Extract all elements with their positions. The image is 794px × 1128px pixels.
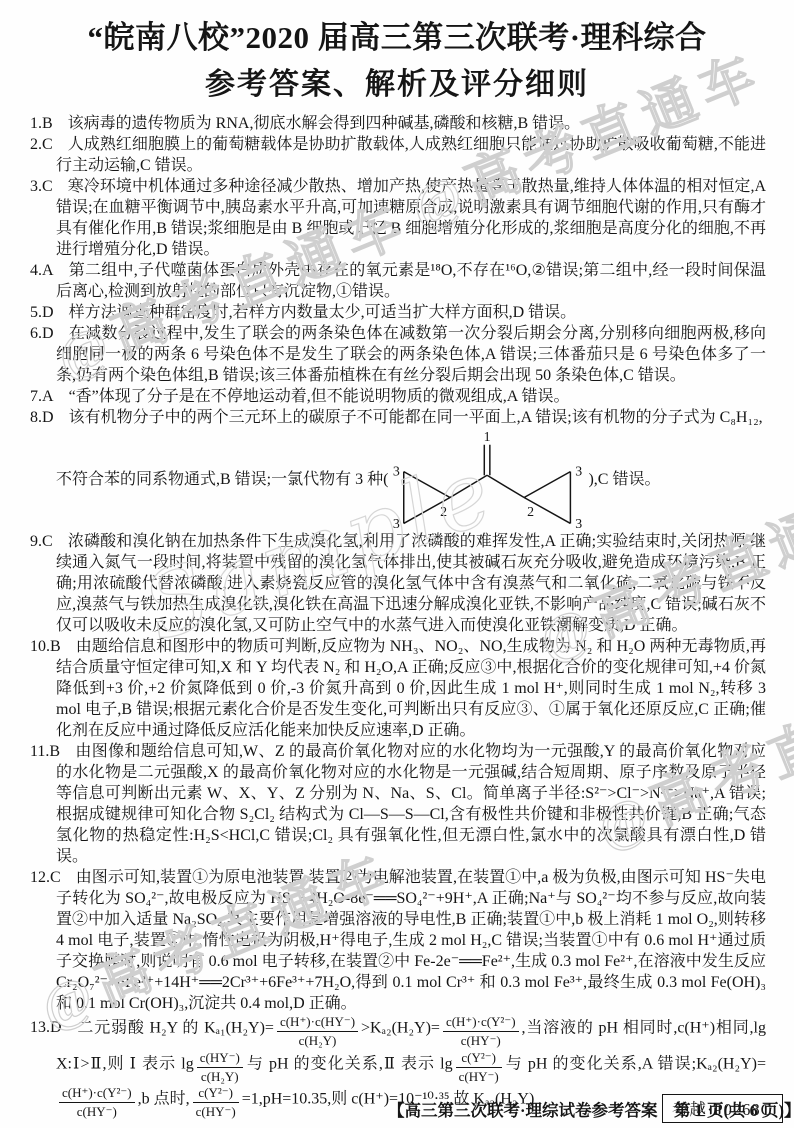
fraction-denominator: c(HY⁻) (443, 1032, 519, 1049)
answer-text: 由题给信息和图形中的物质可判断,反应物为 NH₃、NO₂、NO,生成物为 N₂ … (56, 638, 766, 739)
answer-number: 3.C (30, 178, 53, 195)
answer-item-3: 3.C寒冷环境中机体通过多种途径减少散热、增加产热,使产热量等于散热量,维持人体… (30, 176, 766, 260)
answer-number: 5.D (30, 304, 54, 321)
answer-text: 由图示可知,装置①为原电池装置,装置②为电解池装置,在装置①中,a 极为负极,由… (56, 869, 766, 1012)
exam-answer-page: @高考直通车 @高考直通车 @高考直通车 @高考直通车 @高考直通车 Sampl… (0, 0, 794, 1128)
atom-label: 1 (484, 430, 491, 445)
answer-item-10: 10.B由题给信息和图形中的物质可判断,反应物为 NH₃、NO₂、NO,生成物为… (30, 636, 766, 741)
answer-item-12: 12.C由图示可知,装置①为原电池装置,装置②为电解池装置,在装置①中,a 极为… (30, 867, 766, 1014)
formula-fraction: c(Y²⁻)c(HY⁻) (193, 1085, 239, 1121)
answer-text: 不符合苯的同系物通式,B 错误;一氯代物有 3 种( (56, 469, 388, 490)
answer-text: 该有机物分子中的两个三元环上的碳原子不可能都在同一平面上,A 错误;该有机物的分… (69, 409, 763, 426)
answer-number: 7.A (30, 388, 54, 405)
answer-text: “香”体现了分子是在不停地运动着,但不能说明物质的微观组成,A 错误。 (69, 388, 570, 405)
formula-fraction: c(Y²⁻)c(HY⁻) (456, 1050, 502, 1086)
fraction-denominator: c(H₂Y) (277, 1032, 358, 1049)
answer-text: 人成熟红细胞膜上的葡萄糖载体是协助扩散载体,人成熟红细胞只能通过协助扩散吸收葡萄… (56, 136, 766, 174)
answer-text: 与 pH 的变化关系,A 错误;Kₐ₂(H₂Y)= (505, 1055, 766, 1072)
formula-fraction: c(H⁺)·c(HY⁻)c(H₂Y) (277, 1014, 358, 1050)
answer-text: ,b 点时, (138, 1090, 190, 1107)
answer-text: 浓磷酸和溴化钠在加热条件下生成溴化氢,利用了浓磷酸的难挥发性,A 正确;实验结束… (56, 533, 766, 634)
answer-item-9: 9.C浓磷酸和溴化钠在加热条件下生成溴化氢,利用了浓磷酸的难挥发性,A 正确;实… (30, 531, 766, 636)
fraction-denominator: c(H₂Y) (197, 1068, 243, 1085)
answer-number: 9.C (30, 533, 53, 550)
answer-item-11: 11.B由图像和题给信息可知,W、Z 的最高价氧化物对应的水化物均为一元强酸,Y… (30, 741, 766, 867)
answer-number: 4.A (30, 262, 54, 279)
molecule-diagram: 1 3 3 3 3 2 2 (390, 429, 586, 529)
atom-label: 2 (528, 505, 535, 520)
fraction-numerator: c(HY⁻) (197, 1050, 243, 1068)
answer-text: 二元弱酸 H₂Y 的 Kₐ₁(H₂Y)= (77, 1019, 274, 1036)
answer-text: ),C 错误。 (588, 469, 660, 490)
fraction-numerator: c(H⁺)·c(Y²⁻) (59, 1085, 135, 1103)
answer-text: 样方法调查种群密度时,若样方内数量太少,可适当扩大样方面积,D 错误。 (69, 304, 577, 321)
answer-text: 该病毒的遗传物质为 RNA,彻底水解会得到四种碱基,磷酸和核糖,B 错误。 (68, 115, 580, 132)
fraction-denominator: c(HY⁻) (59, 1103, 135, 1120)
answer-number: 11.B (30, 743, 60, 760)
answer-number: 10.B (30, 638, 61, 655)
fraction-numerator: c(Y²⁻) (193, 1085, 239, 1103)
molecule-structure-row: 不符合苯的同系物通式,B 错误;一氯代物有 3 种( 1 3 3 3 (56, 429, 766, 529)
answer-text: 与 pH 的变化关系,Ⅱ 表示 lg (246, 1055, 453, 1072)
page-subtitle: 参考答案、解析及评分细则 (0, 59, 794, 103)
fraction-denominator: c(HY⁻) (193, 1103, 239, 1120)
answer-item-5: 5.D样方法调查种群密度时,若样方内数量太少,可适当扩大样方面积,D 错误。 (30, 302, 766, 323)
atom-label: 3 (393, 517, 400, 529)
page-title: “皖南八校”2020 届高三第三次联考·理科综合 (0, 12, 794, 57)
atom-label: 3 (576, 464, 583, 479)
formula-fraction: c(H⁺)·c(Y²⁻)c(HY⁻) (443, 1014, 519, 1050)
fraction-numerator: c(Y²⁻) (456, 1050, 502, 1068)
paper-code-box: 考越·P0268C (662, 1094, 783, 1123)
fraction-numerator: c(H⁺)·c(Y²⁻) (443, 1014, 519, 1032)
fraction-denominator: c(HY⁻) (456, 1068, 502, 1085)
answer-text: 寒冷环境中机体通过多种途径减少散热、增加产热,使产热量等于散热量,维持人体体温的… (56, 178, 766, 258)
formula-fraction: c(HY⁻)c(H₂Y) (197, 1050, 243, 1086)
fraction-numerator: c(H⁺)·c(HY⁻) (277, 1014, 358, 1032)
answer-text: >Kₐ₂(H₂Y)= (361, 1019, 440, 1036)
atom-label: 3 (393, 464, 400, 479)
answer-item-6: 6.D在减数分裂过程中,发生了联会的两条染色体在减数第一次分裂后期会分离,分别移… (30, 323, 766, 386)
answer-number: 12.C (30, 869, 61, 886)
answer-text: 第二组中,子代噬菌体蛋白质外壳中存在的氧元素是¹⁸O,不存在¹⁶O,②错误;第二… (56, 262, 766, 300)
answer-number: 2.C (30, 136, 53, 153)
answer-number: 8.D (30, 409, 54, 426)
answer-item-4: 4.A第二组中,子代噬菌体蛋白质外壳中存在的氧元素是¹⁸O,不存在¹⁶O,②错误… (30, 260, 766, 302)
answer-item-2: 2.C人成熟红细胞膜上的葡萄糖载体是协助扩散载体,人成熟红细胞只能通过协助扩散吸… (30, 134, 766, 176)
answer-text: 由图像和题给信息可知,W、Z 的最高价氧化物对应的水化物均为一元强酸,Y 的最高… (56, 743, 766, 865)
answer-number: 6.D (30, 325, 54, 342)
answer-number: 13.D (30, 1019, 62, 1036)
formula-fraction: c(H⁺)·c(Y²⁻)c(HY⁻) (59, 1085, 135, 1121)
answer-item-1: 1.B该病毒的遗传物质为 RNA,彻底水解会得到四种碱基,磷酸和核糖,B 错误。 (30, 113, 766, 134)
answer-item-8: 8.D该有机物分子中的两个三元环上的碳原子不可能都在同一平面上,A 错误;该有机… (30, 407, 766, 529)
answers-list: 1.B该病毒的遗传物质为 RNA,彻底水解会得到四种碱基,磷酸和核糖,B 错误。… (30, 113, 766, 1121)
atom-label: 2 (441, 505, 448, 520)
answer-text: 在减数分裂过程中,发生了联会的两条染色体在减数第一次分裂后期会分离,分别移向细胞… (56, 325, 766, 384)
answer-number: 1.B (30, 115, 53, 132)
answer-item-7: 7.A“香”体现了分子是在不停地运动着,但不能说明物质的微观组成,A 错误。 (30, 386, 766, 407)
title-block: “皖南八校”2020 届高三第三次联考·理科综合 参考答案、解析及评分细则 (0, 12, 794, 103)
atom-label: 3 (576, 517, 583, 529)
